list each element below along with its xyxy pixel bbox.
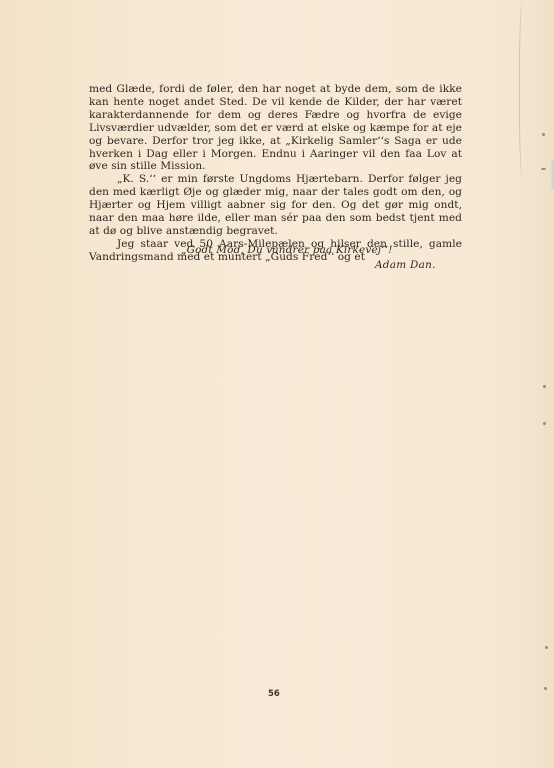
scan-speck [545, 646, 548, 649]
closing-motto: „Godt Mod, Du vandrer paa Kirkevej‘‘! [181, 244, 393, 256]
paper-fold-line [519, 0, 528, 180]
paragraph-1: med Glæde, fordi de føler, den har noget… [89, 83, 462, 173]
scan-speck [543, 385, 546, 388]
scan-speck [543, 422, 546, 425]
author-signature: Adam Dan. [375, 259, 436, 271]
paragraph-2: „K. S.‘‘ er min første Ungdoms Hjærtebar… [89, 173, 462, 238]
scan-speck [541, 168, 546, 170]
scanned-page: med Glæde, fordi de føler, den har noget… [0, 0, 554, 768]
scan-speck [542, 133, 545, 136]
page-number: 56 [268, 689, 280, 699]
scan-speck [544, 687, 547, 690]
body-text: med Glæde, fordi de føler, den har noget… [89, 83, 462, 264]
page-edge-shadow [550, 160, 554, 190]
